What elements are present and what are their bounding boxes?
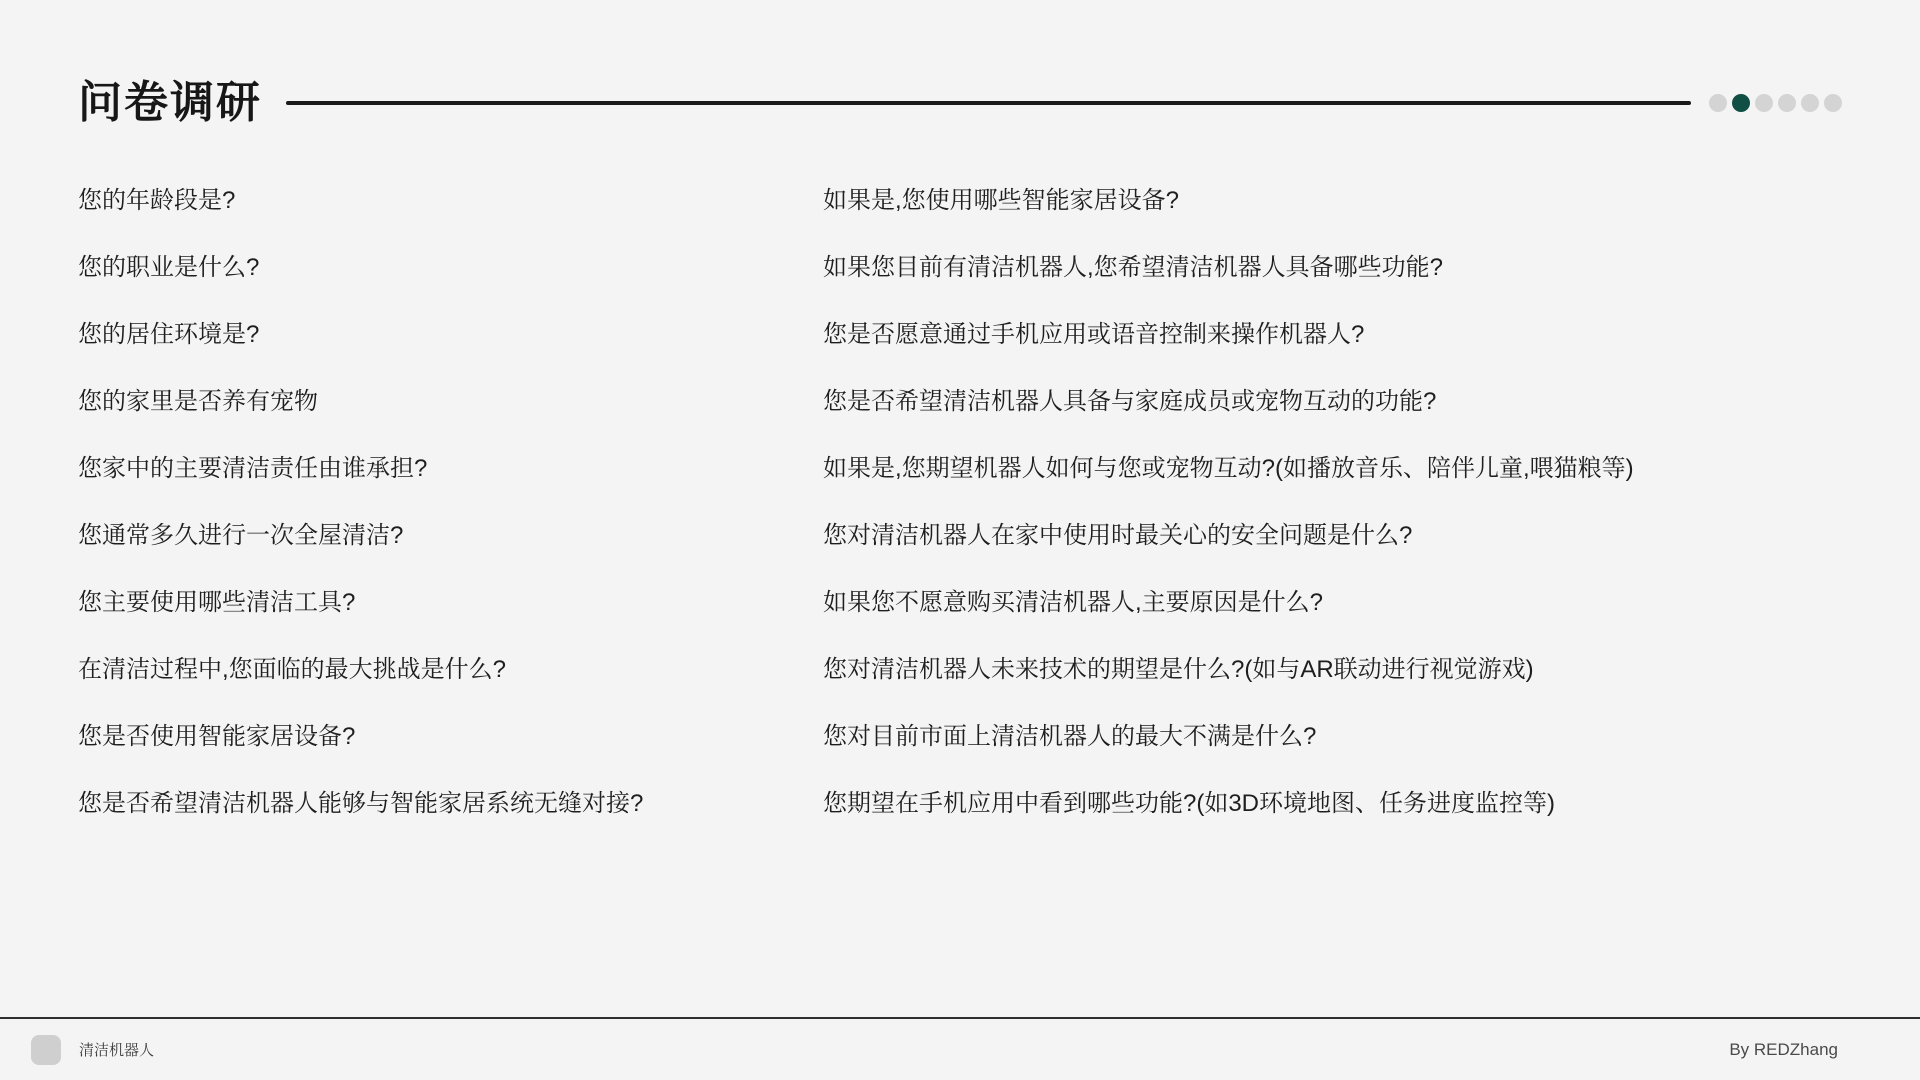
- slide: { "page": { "background": "#f3f4f3" }, "…: [0, 0, 1920, 1080]
- question-item: 您的年龄段是?: [78, 167, 643, 234]
- question-item: 您的家里是否养有宠物: [78, 368, 643, 435]
- page-title: 问卷调研: [78, 81, 262, 125]
- question-item: 您是否使用智能家居设备?: [78, 703, 643, 770]
- footer-project-label: 清洁机器人: [79, 1039, 154, 1060]
- question-item: 您主要使用哪些清洁工具?: [78, 569, 643, 636]
- page-dot[interactable]: [1755, 94, 1773, 112]
- questions-right-column: 如果是,您使用哪些智能家居设备?如果您目前有清洁机器人,您希望清洁机器人具备哪些…: [823, 167, 1634, 837]
- question-item: 您是否希望清洁机器人能够与智能家居系统无缝对接?: [78, 770, 643, 837]
- footer-logo-icon: [31, 1035, 61, 1065]
- page-dot[interactable]: [1778, 94, 1796, 112]
- footer-left: 清洁机器人: [31, 1035, 154, 1065]
- question-item: 您是否希望清洁机器人具备与家庭成员或宠物互动的功能?: [823, 368, 1634, 435]
- page-dot[interactable]: [1709, 94, 1727, 112]
- question-item: 您的职业是什么?: [78, 234, 643, 301]
- footer: 清洁机器人 By REDZhang: [0, 1017, 1920, 1080]
- page-dots: [1709, 94, 1842, 112]
- header: 问卷调研: [78, 78, 1842, 128]
- question-item: 您的居住环境是?: [78, 301, 643, 368]
- question-item: 您通常多久进行一次全屋清洁?: [78, 502, 643, 569]
- footer-credit: By REDZhang: [1729, 1040, 1838, 1060]
- page-dot-active[interactable]: [1732, 94, 1750, 112]
- question-item: 如果是,您期望机器人如何与您或宠物互动?(如播放音乐、陪伴儿童,喂猫粮等): [823, 435, 1634, 502]
- question-item: 您对清洁机器人在家中使用时最关心的安全问题是什么?: [823, 502, 1634, 569]
- question-item: 您对目前市面上清洁机器人的最大不满是什么?: [823, 703, 1634, 770]
- question-item: 如果您目前有清洁机器人,您希望清洁机器人具备哪些功能?: [823, 234, 1634, 301]
- question-item: 如果您不愿意购买清洁机器人,主要原因是什么?: [823, 569, 1634, 636]
- title-divider: [286, 101, 1691, 105]
- question-item: 在清洁过程中,您面临的最大挑战是什么?: [78, 636, 643, 703]
- page-dot[interactable]: [1801, 94, 1819, 112]
- page-dot[interactable]: [1824, 94, 1842, 112]
- question-item: 您期望在手机应用中看到哪些功能?(如3D环境地图、任务进度监控等): [823, 770, 1634, 837]
- question-item: 您是否愿意通过手机应用或语音控制来操作机器人?: [823, 301, 1634, 368]
- questions-left-column: 您的年龄段是?您的职业是什么?您的居住环境是?您的家里是否养有宠物您家中的主要清…: [78, 167, 643, 837]
- question-item: 您对清洁机器人未来技术的期望是什么?(如与AR联动进行视觉游戏): [823, 636, 1634, 703]
- question-item: 如果是,您使用哪些智能家居设备?: [823, 167, 1634, 234]
- question-item: 您家中的主要清洁责任由谁承担?: [78, 435, 643, 502]
